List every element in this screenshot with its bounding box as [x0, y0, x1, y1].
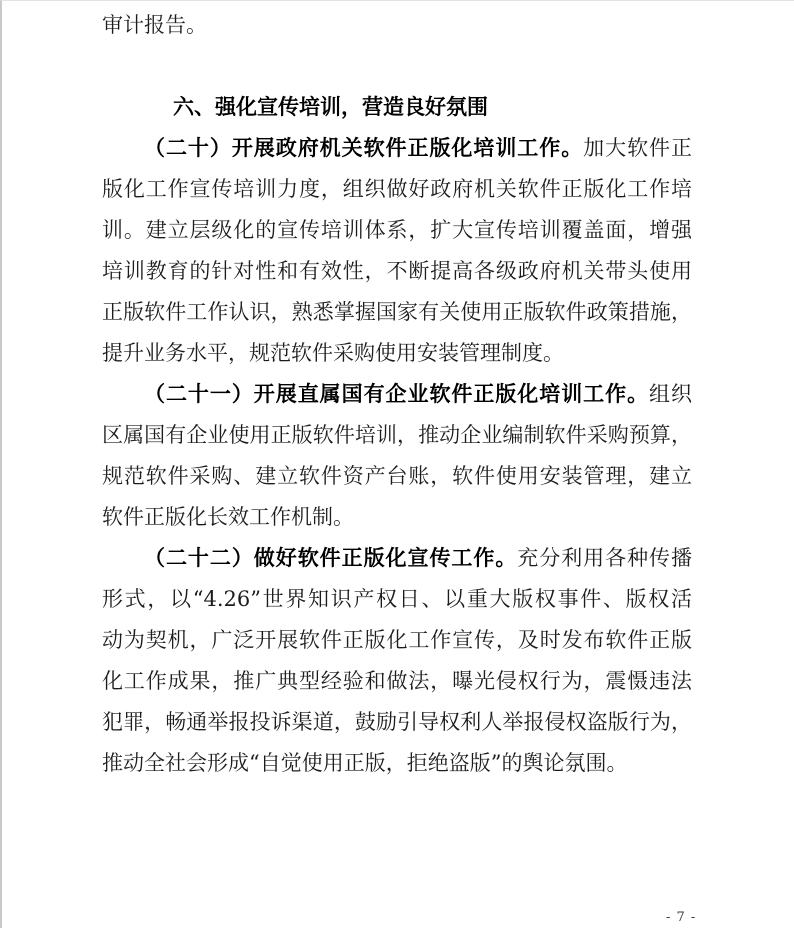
paragraph-1-line: 正版软件工作认识，熟悉掌握国家有关使用正版软件政策措施， [102, 292, 692, 333]
paragraph-1-line: 训。建立层级化的宣传培训体系，扩大宣传培训覆盖面，增强 [102, 210, 692, 251]
paragraphs-container: （二十）开展政府机关软件正版化培训工作。加大软件正版化工作宣传培训力度，组织做好… [102, 128, 692, 784]
document-content: 审计报告。 六、强化宣传培训，营造良好氛围 （二十）开展政府机关软件正版化培训工… [102, 5, 692, 784]
paragraph-bold-lead: （二十二）做好软件正版化宣传工作。 [144, 546, 517, 570]
section-heading: 六、强化宣传培训，营造良好氛围 [102, 87, 692, 128]
paragraph-1-line: 提升业务水平，规范软件采购使用安装管理制度。 [102, 333, 692, 374]
paragraph-2-line: 规范软件采购、建立软件资产台账，软件使用安装管理，建立 [102, 456, 692, 497]
paragraph-1-line: 版化工作宣传培训力度，组织做好政府机关软件正版化工作培 [102, 169, 692, 210]
document-page: 审计报告。 六、强化宣传培训，营造良好氛围 （二十）开展政府机关软件正版化培训工… [0, 0, 794, 928]
paragraph-3-line: 动为契机，广泛开展软件正版化工作宣传，及时发布软件正版 [102, 620, 692, 661]
continuation-text: 审计报告。 [102, 5, 692, 46]
paragraph-bold-lead: （二十一）开展直属国有企业软件正版化培训工作。 [144, 382, 649, 406]
paragraph-1-line: 培训教育的针对性和有效性，不断提高各级政府机关带头使用 [102, 251, 692, 292]
blank-line [102, 46, 692, 87]
paragraph-2-line: 软件正版化长效工作机制。 [102, 497, 692, 538]
paragraph-3-line: 犯罪，畅通举报投诉渠道，鼓励引导权利人举报侵权盗版行为， [102, 702, 692, 743]
paragraph-bold-lead: （二十）开展政府机关软件正版化培训工作。 [144, 136, 583, 160]
paragraph-2-line: 区属国有企业使用正版软件培训，推动企业编制软件采购预算， [102, 415, 692, 456]
page-number: - 7 - [666, 909, 696, 927]
paragraph-3-line: 形式，以“4.26”世界知识产权日、以重大版权事件、版权活 [102, 579, 692, 620]
paragraph-3-line: 推动全社会形成“自觉使用正版，拒绝盗版”的舆论氛围。 [102, 743, 692, 784]
paragraph-3-line: 化工作成果，推广典型经验和做法，曝光侵权行为，震慑违法 [102, 661, 692, 702]
paragraph-1-line: （二十）开展政府机关软件正版化培训工作。加大软件正 [102, 128, 692, 169]
paragraph-2-line: （二十一）开展直属国有企业软件正版化培训工作。组织 [102, 374, 692, 415]
paragraph-3-line: （二十二）做好软件正版化宣传工作。充分利用各种传播 [102, 538, 692, 579]
